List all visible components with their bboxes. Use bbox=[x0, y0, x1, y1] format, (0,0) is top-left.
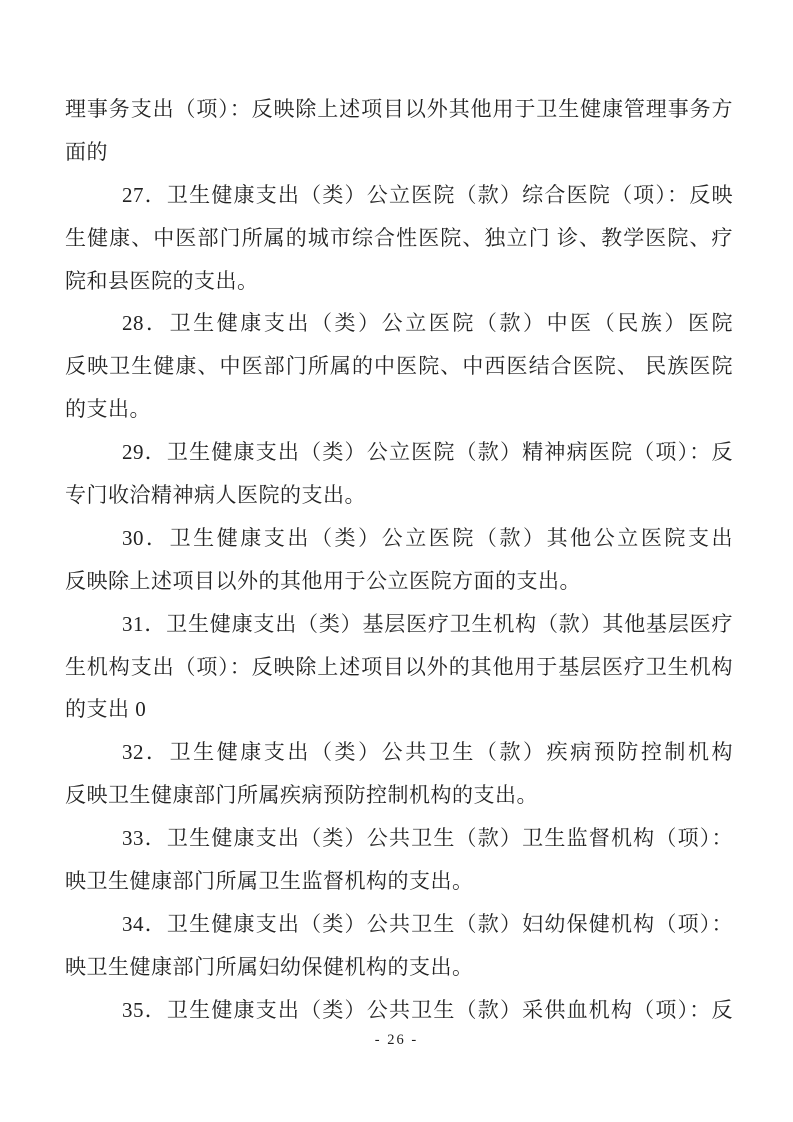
paragraph-item-28: 28．卫生健康支出（类）公立医院（款）中医（民族）医院（项）： 反映卫生健康、中… bbox=[65, 302, 733, 431]
text-line: 面的 bbox=[65, 131, 733, 174]
text-line: 的支出 0 bbox=[65, 688, 733, 731]
text-line: 31．卫生健康支出（类）基层医疗卫生机构（款）其他基层医疗卫 bbox=[65, 603, 733, 646]
paragraph-item-27: 27．卫生健康支出（类）公立医院（款）综合医院（项）：反映卫 生健康、中医部门所… bbox=[65, 174, 733, 303]
paragraph-item-32: 32．卫生健康支出（类）公共卫生（款）疾病预防控制机构（项）： 反映卫生健康部门… bbox=[65, 731, 733, 817]
text-line: 28．卫生健康支出（类）公立医院（款）中医（民族）医院（项）： bbox=[65, 302, 733, 345]
text-line: 生机构支出（项）：反映除上述项目以外的其他用于基层医疗卫生机构 bbox=[65, 646, 733, 689]
paragraph-item-29: 29．卫生健康支出（类）公立医院（款）精神病医院（项）：反映 专门收洽精神病人医… bbox=[65, 431, 733, 517]
text-line: 理事务支出（项）：反映除上述项目以外其他用于卫生健康管理事务方 bbox=[65, 88, 733, 131]
paragraph-item-34: 34．卫生健康支出（类）公共卫生（款）妇幼保健机构（项）：反 映卫生健康部门所属… bbox=[65, 903, 733, 989]
text-line: 32．卫生健康支出（类）公共卫生（款）疾病预防控制机构（项）： bbox=[65, 731, 733, 774]
paragraph-item-31: 31．卫生健康支出（类）基层医疗卫生机构（款）其他基层医疗卫 生机构支出（项）：… bbox=[65, 603, 733, 732]
text-line: 反映除上述项目以外的其他用于公立医院方面的支出。 bbox=[65, 560, 733, 603]
page-number: - 26 - bbox=[0, 1032, 793, 1049]
paragraph-continuation: 理事务支出（项）：反映除上述项目以外其他用于卫生健康管理事务方 面的 bbox=[65, 88, 733, 174]
text-line: 生健康、中医部门所属的城市综合性医院、独立门 诊、教学医院、疗养 bbox=[65, 217, 733, 260]
paragraph-item-33: 33．卫生健康支出（类）公共卫生（款）卫生监督机构（项）：反 映卫生健康部门所属… bbox=[65, 817, 733, 903]
paragraph-item-35: 35．卫生健康支出（类）公共卫生（款）采供血机构（项）：反映 bbox=[65, 989, 733, 1032]
paragraph-item-30: 30．卫生健康支出（类）公立医院（款）其他公立医院支出（项）： 反映除上述项目以… bbox=[65, 517, 733, 603]
text-line: 33．卫生健康支出（类）公共卫生（款）卫生监督机构（项）：反 bbox=[65, 817, 733, 860]
text-line: 30．卫生健康支出（类）公立医院（款）其他公立医院支出（项）： bbox=[65, 517, 733, 560]
text-line: 反映卫生健康、中医部门所属的中医院、中西医结合医院、 民族医院 bbox=[65, 345, 733, 388]
text-line: 29．卫生健康支出（类）公立医院（款）精神病医院（项）：反映 bbox=[65, 431, 733, 474]
text-line: 专门收洽精神病人医院的支出。 bbox=[65, 474, 733, 517]
text-line: 反映卫生健康部门所属疾病预防控制机构的支出。 bbox=[65, 774, 733, 817]
text-line: 34．卫生健康支出（类）公共卫生（款）妇幼保健机构（项）：反 bbox=[65, 903, 733, 946]
text-line: 映卫生健康部门所属妇幼保健机构的支出。 bbox=[65, 946, 733, 989]
text-line: 映卫生健康部门所属卫生监督机构的支出。 bbox=[65, 860, 733, 903]
text-line: 的支出。 bbox=[65, 388, 733, 431]
text-line: 35．卫生健康支出（类）公共卫生（款）采供血机构（项）：反映 bbox=[65, 989, 733, 1032]
document-body: 理事务支出（项）：反映除上述项目以外其他用于卫生健康管理事务方 面的 27．卫生… bbox=[65, 88, 733, 1032]
text-line: 27．卫生健康支出（类）公立医院（款）综合医院（项）：反映卫 bbox=[65, 174, 733, 217]
text-line: 院和县医院的支出。 bbox=[65, 260, 733, 303]
document-page: 理事务支出（项）：反映除上述项目以外其他用于卫生健康管理事务方 面的 27．卫生… bbox=[0, 0, 793, 1122]
